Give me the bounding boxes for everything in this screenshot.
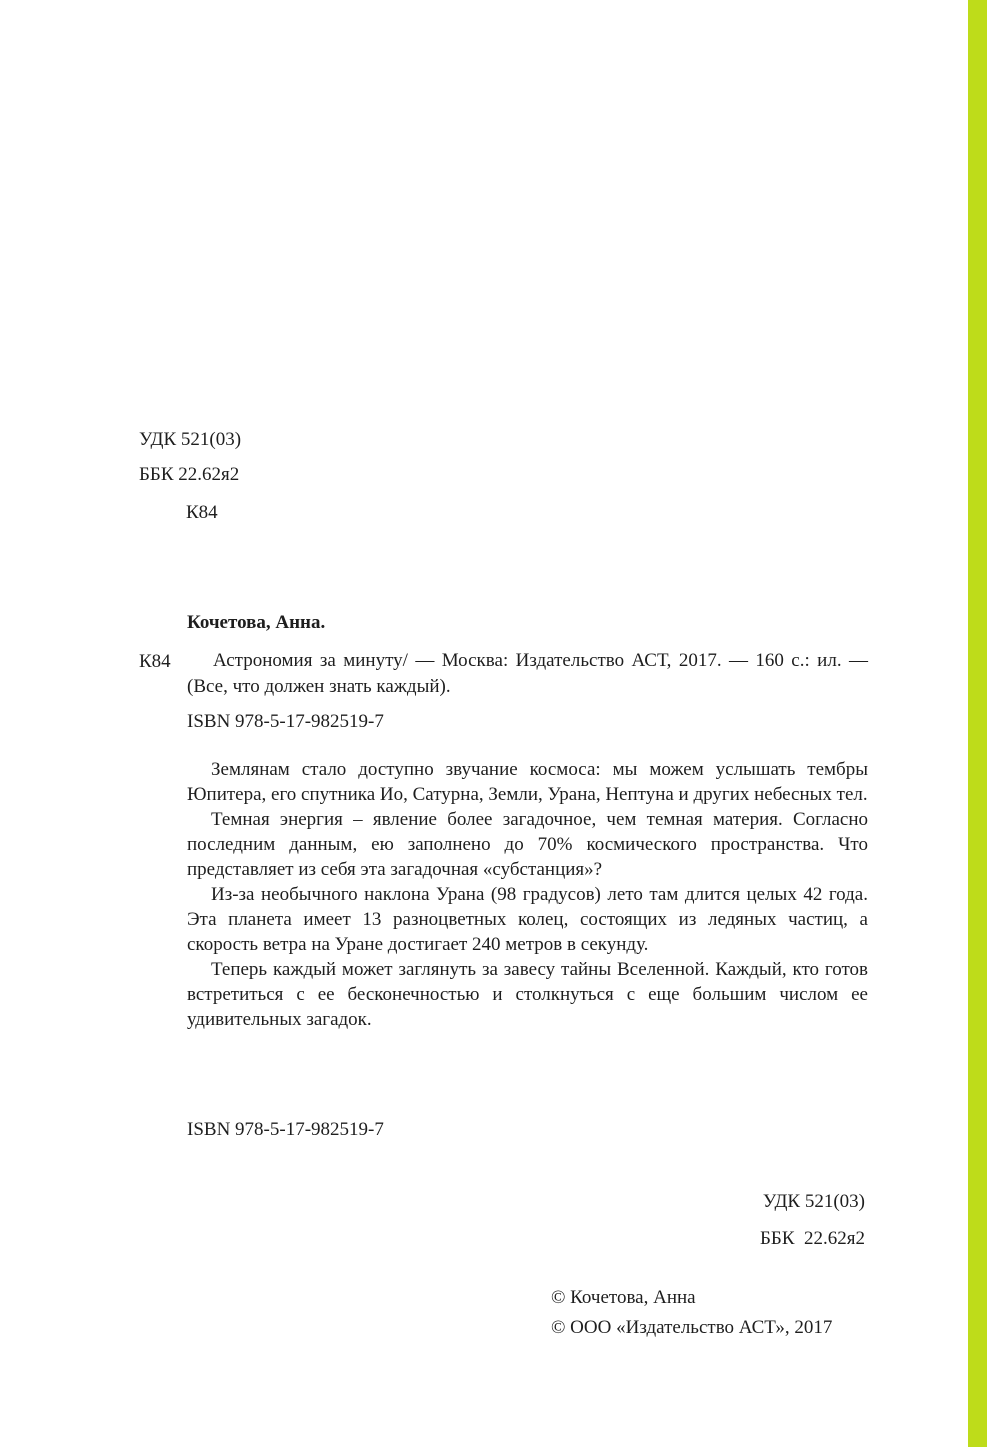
description-text: Астрономия за минуту/ — Москва: Издатель…: [187, 648, 868, 700]
author-name: Кочетова, Анна.: [187, 613, 325, 632]
annotation-paragraph: Теперь каждый может заглянуть за завесу …: [187, 957, 868, 1032]
annotation-paragraph: Темная энергия – явление более загадочно…: [187, 807, 868, 882]
author-sign: К84: [186, 503, 218, 522]
footer-udk: УДК 521(03): [763, 1192, 865, 1211]
annotation-paragraph: Из-за необычного наклона Урана (98 граду…: [187, 882, 868, 957]
copyright-author: © Кочетова, Анна: [551, 1288, 696, 1307]
annotation-paragraph: Землянам стало доступно звучание космоса…: [187, 757, 868, 807]
record-author-sign: К84: [139, 652, 171, 671]
annotation: Землянам стало доступно звучание космоса…: [187, 757, 868, 1032]
footer-isbn: ISBN 978-5-17-982519-7: [187, 1120, 384, 1139]
record-isbn: ISBN 978-5-17-982519-7: [187, 712, 384, 731]
green-side-band: [968, 0, 987, 1447]
footer-bbk: ББК 22.62я2: [760, 1229, 865, 1248]
bbk-code: ББК 22.62я2: [139, 465, 239, 484]
udk-code: УДК 521(03): [139, 430, 241, 449]
bibliographic-description: Астрономия за минуту/ — Москва: Издатель…: [187, 648, 868, 700]
copyright-publisher: © ООО «Издательство АСТ», 2017: [551, 1318, 832, 1337]
